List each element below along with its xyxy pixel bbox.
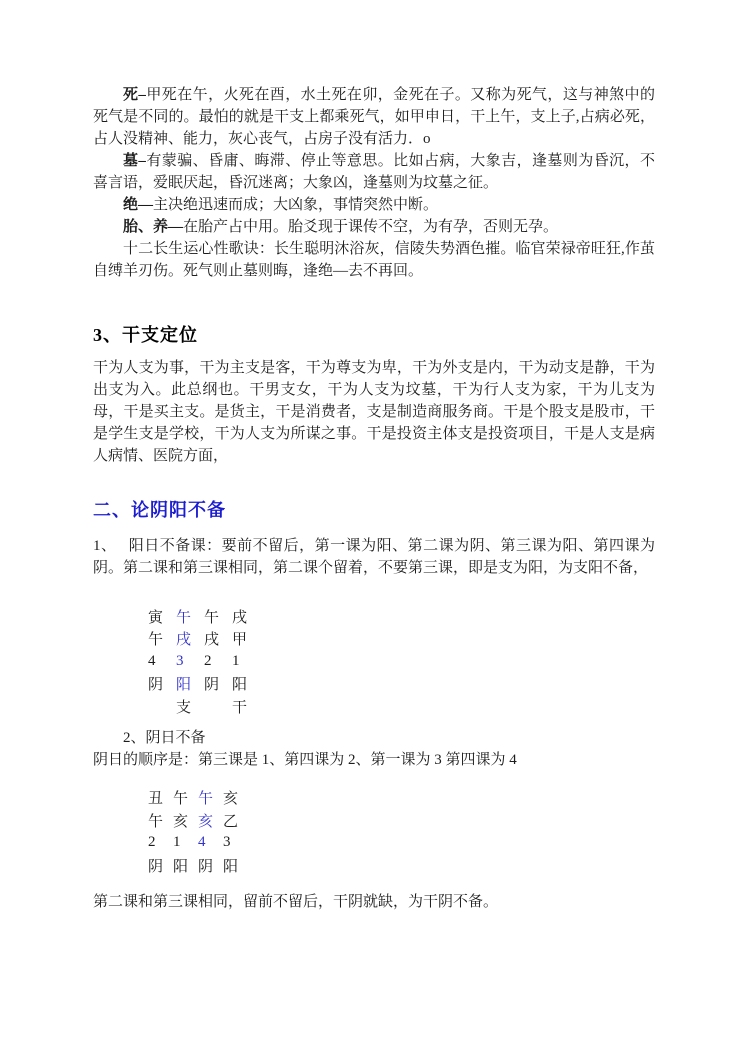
table-cell: 亥 [173, 810, 198, 831]
table-cell: 阴 [148, 673, 176, 694]
paragraph-yin-order: 阴日的顺序是：第三课是 1、第四课为 2、第一课为 3 第四课为 4 [93, 749, 655, 771]
subsection-title-yin: 2、阴日不备 [93, 727, 655, 749]
table-cell: 阳 [223, 855, 248, 876]
table-cell: 甲 [232, 628, 260, 649]
paragraph-tomb-text: 有蒙骗、昏庸、晦滞、停止等意思。比如占病，大象吉，逢墓则为昏沉，不喜言语，爱眠厌… [93, 153, 655, 191]
paragraph-tai-text: 在胎产占中用。胎爻现于课传不空，为有孕，否则无孕。 [183, 219, 558, 235]
table-cell: 午 [204, 606, 232, 627]
paragraph-song: 十二长生运心性歌诀：长生聪明沐浴灰，信陵失势酒色摧。临官荣禄帝旺狂,作茧自缚羊刃… [93, 238, 655, 282]
section-heading-ganzhi: 3、干支定位 [93, 322, 655, 348]
table-row: 丑 午 午 亥 [148, 787, 655, 810]
table-cell: 3 [176, 653, 204, 670]
table-cell: 4 [198, 834, 223, 851]
table-cell: 支 [176, 696, 204, 717]
table-cell: 干 [232, 696, 260, 717]
table-cell: 2 [148, 834, 173, 851]
table-row: 阴 阳 阴 阳 [148, 854, 655, 877]
table-cell: 阳 [176, 673, 204, 694]
section-heading-yinyang: 二、论阴阳不备 [93, 497, 655, 523]
paragraph-yang-intro: 1、 阳日不备课：要前不留后，第一课为阳、第二课为阴、第三课为阳、第四课为阴。第… [93, 535, 655, 579]
paragraph-tai: 胎、养—在胎产占中用。胎爻现于课传不空，为有孕，否则无孕。 [93, 216, 655, 238]
yang-day-table: 寅 午 午 戌 午 戌 戌 甲 4 3 2 1 阴 阳 阴 阳 支 干 [148, 605, 655, 718]
table-cell: 午 [198, 787, 223, 808]
term-tomb: 墓– [123, 153, 146, 169]
table-row: 阴 阳 阴 阳 [148, 673, 655, 696]
term-tai: 胎、养— [123, 219, 183, 235]
table-cell: 3 [223, 834, 248, 851]
term-jue: 绝— [123, 197, 153, 213]
paragraph-jue-text: 主决绝迅速而成；大凶象，事情突然中断。 [153, 197, 438, 213]
table-cell: 午 [148, 810, 173, 831]
table-cell: 戌 [204, 628, 232, 649]
table-cell: 午 [176, 606, 204, 627]
paragraph-closing: 第二课和第三课相同，留前不留后，干阴就缺，为干阴不备。 [93, 891, 655, 913]
table-cell: 寅 [148, 606, 176, 627]
table-cell: 亥 [198, 810, 223, 831]
table-cell: 午 [173, 787, 198, 808]
paragraph-jue: 绝—主决绝迅速而成；大凶象，事情突然中断。 [93, 194, 655, 216]
table-cell: 亥 [223, 787, 248, 808]
table-row: 午 戌 戌 甲 [148, 628, 655, 651]
table-cell: 1 [232, 653, 260, 670]
table-row: 4 3 2 1 [148, 650, 655, 673]
table-row: 2 1 4 3 [148, 832, 655, 855]
paragraph-ganzhi: 干为人支为事，干为主支是客，干为尊支为卑，干为外支是内，干为动支是静，干为出支为… [93, 357, 655, 467]
table-cell: 2 [204, 653, 232, 670]
table-cell: 1 [173, 834, 198, 851]
table-cell: 阴 [204, 673, 232, 694]
table-cell: 戌 [232, 606, 260, 627]
table-cell: 戌 [176, 628, 204, 649]
paragraph-death: 死–甲死在午，火死在酉，水土死在卯，金死在子。又称为死气，这与神煞中的死气是不同… [93, 84, 655, 150]
table-row: 支 干 [148, 695, 655, 718]
table-cell: 丑 [148, 787, 173, 808]
table-cell: 乙 [223, 810, 248, 831]
table-row: 午 亥 亥 乙 [148, 809, 655, 832]
table-cell: 阴 [148, 855, 173, 876]
table-cell: 阳 [173, 855, 198, 876]
term-death: 死– [123, 87, 146, 103]
paragraph-tomb: 墓–有蒙骗、昏庸、晦滞、停止等意思。比如占病，大象吉，逢墓则为昏沉，不喜言语，爱… [93, 150, 655, 194]
document-page: 死–甲死在午，火死在酉，水土死在卯，金死在子。又称为死气，这与神煞中的死气是不同… [0, 0, 750, 913]
paragraph-death-text: 甲死在午，火死在酉，水土死在卯，金死在子。又称为死气，这与神煞中的死气是不同的。… [93, 87, 655, 147]
table-row: 寅 午 午 戌 [148, 605, 655, 628]
table-cell: 4 [148, 653, 176, 670]
yin-day-table: 丑 午 午 亥 午 亥 亥 乙 2 1 4 3 阴 阳 阴 阳 [148, 787, 655, 877]
table-cell: 阳 [232, 673, 260, 694]
table-cell: 阴 [198, 855, 223, 876]
table-cell: 午 [148, 628, 176, 649]
